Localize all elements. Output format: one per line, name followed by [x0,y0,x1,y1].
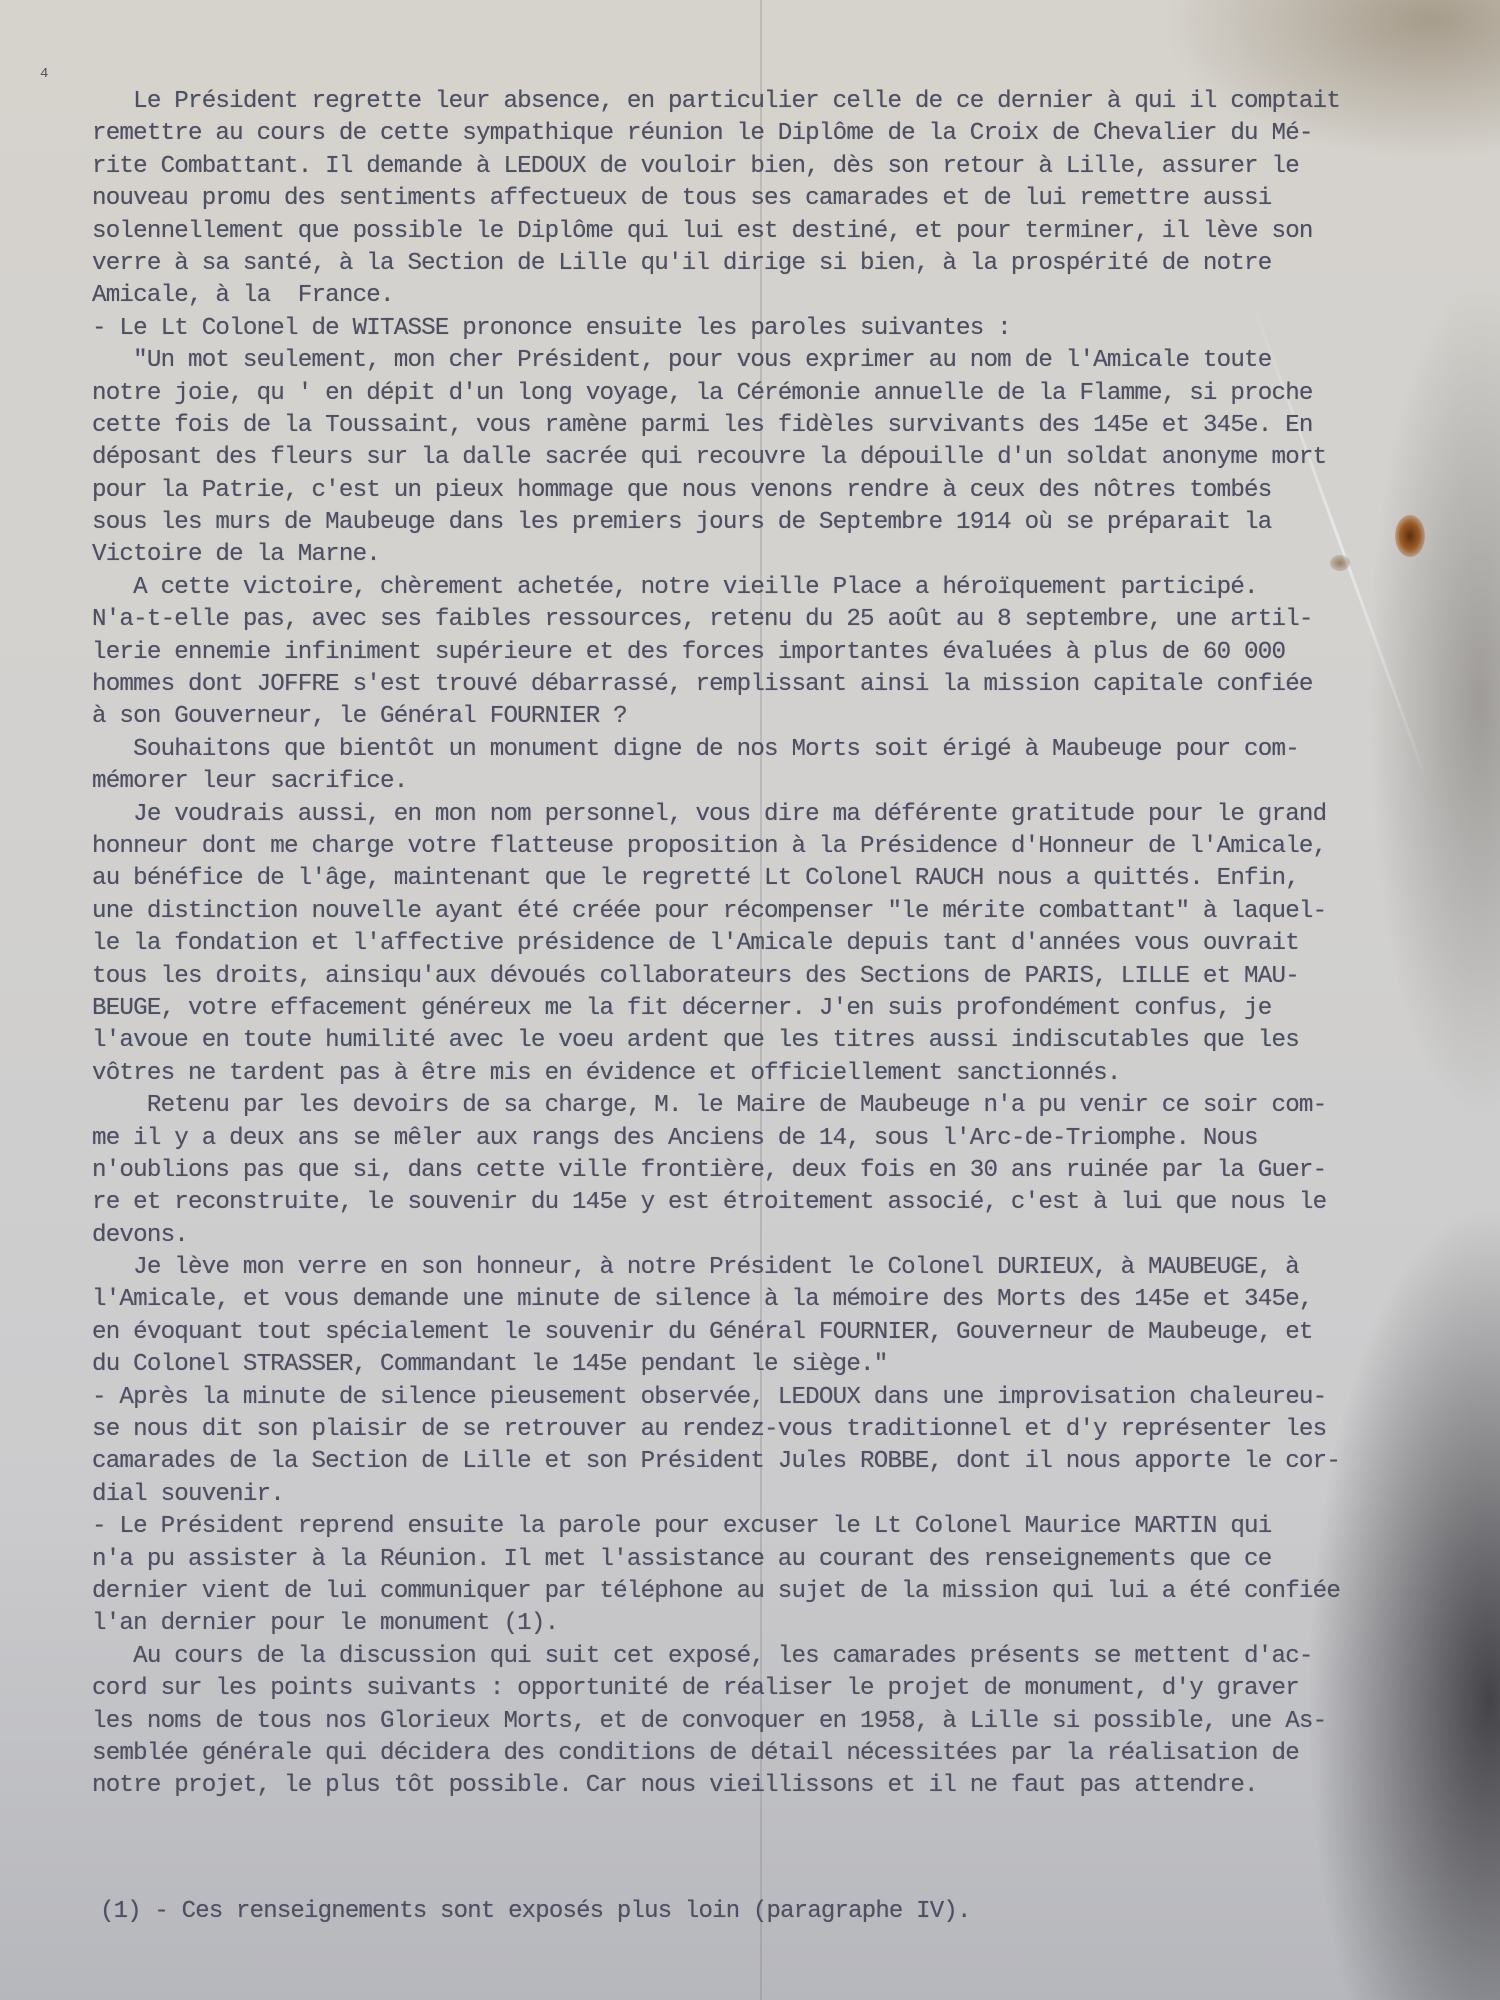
text-line: Souhaitons que bientôt un monument digne… [92,734,1492,766]
text-line: camarades de la Section de Lille et son … [92,1446,1492,1478]
text-line: lerie ennemie infiniment supérieure et d… [92,637,1492,669]
text-line: "Un mot seulement, mon cher Président, p… [92,345,1492,377]
text-line: Je lève mon verre en son honneur, à notr… [92,1252,1492,1284]
footnote: (1) - Ces renseignements sont exposés pl… [100,1898,971,1925]
text-line: les noms de tous nos Glorieux Morts, et … [92,1706,1492,1738]
text-line: - Après la minute de silence pieusement … [92,1382,1492,1414]
text-line: notre projet, le plus tôt possible. Car … [92,1770,1492,1802]
text-line: déposant des fleurs sur la dalle sacrée … [92,442,1492,474]
text-line: solennellement que possible le Diplôme q… [92,216,1492,248]
text-line: se nous dit son plaisir de se retrouver … [92,1414,1492,1446]
text-line: l'avoue en toute humilité avec le voeu a… [92,1025,1492,1057]
text-line: l'an dernier pour le monument (1). [92,1608,1492,1640]
text-line: l'Amicale, et vous demande une minute de… [92,1284,1492,1316]
text-line: N'a-t-elle pas, avec ses faibles ressour… [92,604,1492,636]
text-line: n'a pu assister à la Réunion. Il met l'a… [92,1544,1492,1576]
text-line: honneur dont me charge votre flatteuse p… [92,831,1492,863]
text-line: verre à sa santé, à la Section de Lille … [92,248,1492,280]
scanned-page: 4 Le Président regrette leur absence, en… [0,0,1500,2000]
text-line: dernier vient de lui communiquer par tél… [92,1576,1492,1608]
text-line: cette fois de la Toussaint, vous ramène … [92,410,1492,442]
text-line: rite Combattant. Il demande à LEDOUX de … [92,151,1492,183]
text-line: une distinction nouvelle ayant été créée… [92,896,1492,928]
text-line: mémorer leur sacrifice. [92,766,1492,798]
text-line: Le Président regrette leur absence, en p… [92,86,1492,118]
text-line: me il y a deux ans se mêler aux rangs de… [92,1123,1492,1155]
text-line: dial souvenir. [92,1479,1492,1511]
text-line: du Colonel STRASSER, Commandant le 145e … [92,1349,1492,1381]
text-line: Je voudrais aussi, en mon nom personnel,… [92,799,1492,831]
text-line: n'oublions pas que si, dans cette ville … [92,1155,1492,1187]
text-line: Au cours de la discussion qui suit cet e… [92,1641,1492,1673]
text-line: BEUGE, votre effacement généreux me la f… [92,993,1492,1025]
text-line: hommes dont JOFFRE s'est trouvé débarras… [92,669,1492,701]
text-line: devons. [92,1220,1492,1252]
text-line: à son Gouverneur, le Général FOURNIER ? [92,701,1492,733]
text-line: Amicale, à la France. [92,280,1492,312]
text-line: A cette victoire, chèrement achetée, not… [92,572,1492,604]
typewritten-body: Le Président regrette leur absence, en p… [92,86,1492,1803]
text-line: - Le Lt Colonel de WITASSE prononce ensu… [92,313,1492,345]
text-line: cord sur les points suivants : opportuni… [92,1673,1492,1705]
text-line: notre joie, qu ' en dépit d'un long voya… [92,378,1492,410]
text-line: re et reconstruite, le souvenir du 145e … [92,1187,1492,1219]
text-line: - Le Président reprend ensuite la parole… [92,1511,1492,1543]
text-line: vôtres ne tardent pas à être mis en évid… [92,1058,1492,1090]
text-line: nouveau promu des sentiments affectueux … [92,183,1492,215]
text-line: pour la Patrie, c'est un pieux hommage q… [92,475,1492,507]
text-line: le la fondation et l'affective présidenc… [92,928,1492,960]
text-line: au bénéfice de l'âge, maintenant que le … [92,863,1492,895]
page-number: 4 [40,66,48,82]
text-line: tous les droits, ainsiqu'aux dévoués col… [92,961,1492,993]
text-line: semblée générale qui décidera des condit… [92,1738,1492,1770]
text-line: en évoquant tout spécialement le souveni… [92,1317,1492,1349]
text-line: Retenu par les devoirs de sa charge, M. … [92,1090,1492,1122]
text-line: remettre au cours de cette sympathique r… [92,118,1492,150]
text-line: sous les murs de Maubeuge dans les premi… [92,507,1492,539]
text-line: Victoire de la Marne. [92,539,1492,571]
